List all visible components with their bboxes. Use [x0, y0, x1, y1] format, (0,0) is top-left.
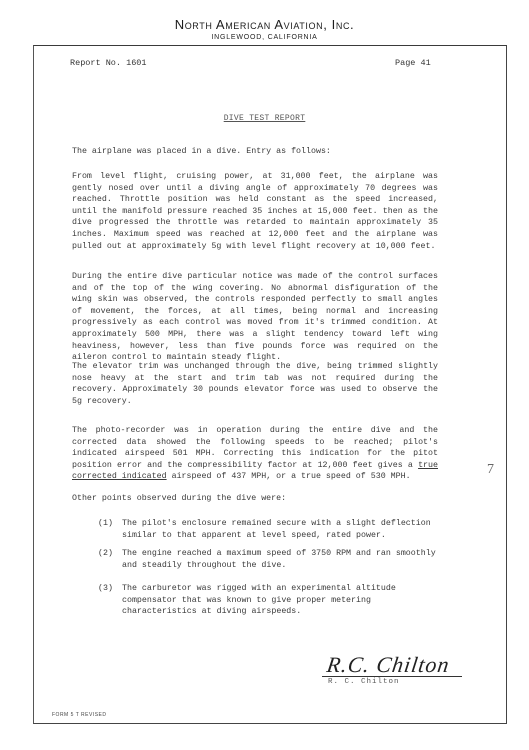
- paragraph-elevator-trim: The elevator trim was unchanged through …: [72, 361, 438, 407]
- photo-recorder-text-post: airspeed of 437 MPH, or a true speed of …: [167, 472, 411, 481]
- signature-line: [322, 676, 462, 677]
- company-name: North American Aviation, Inc.: [0, 18, 529, 32]
- list-item: (3) The carburetor was rigged with an ex…: [98, 583, 448, 618]
- paragraph-photo-recorder: The photo-recorder was in operation duri…: [72, 425, 438, 483]
- list-item-text: The engine reached a maximum speed of 37…: [122, 548, 448, 571]
- handwritten-signature: R.C. Chilton: [325, 652, 451, 678]
- form-label: FORM 5 T REVISED: [52, 712, 107, 718]
- company-location: INGLEWOOD, CALIFORNIA: [0, 33, 529, 42]
- report-number: Report No. 1601: [70, 58, 147, 68]
- list-item: (1) The pilot's enclosure remained secur…: [98, 518, 448, 541]
- list-item-number: (2): [98, 548, 113, 560]
- list-item-text: The carburetor was rigged with an experi…: [122, 583, 448, 618]
- margin-annotation: 7: [487, 462, 494, 478]
- list-item: (2) The engine reached a maximum speed o…: [98, 548, 448, 571]
- page-number: Page 41: [395, 58, 431, 68]
- list-item-number: (1): [98, 518, 113, 530]
- list-item-number: (3): [98, 583, 113, 595]
- typed-signature-name: R. C. Chilton: [328, 678, 400, 686]
- paragraph-dive-entry: From level flight, cruising power, at 31…: [72, 171, 438, 252]
- list-item-text: The pilot's enclosure remained secure wi…: [122, 518, 448, 541]
- paragraph-intro: The airplane was placed in a dive. Entry…: [72, 146, 438, 158]
- paragraph-other-points: Other points observed during the dive we…: [72, 493, 438, 505]
- letterhead: North American Aviation, Inc. INGLEWOOD,…: [0, 18, 529, 42]
- photo-recorder-text-pre: The photo-recorder was in operation duri…: [72, 426, 438, 470]
- paragraph-control-surfaces: During the entire dive particular notice…: [72, 271, 438, 364]
- report-title: DIVE TEST REPORT: [0, 114, 529, 123]
